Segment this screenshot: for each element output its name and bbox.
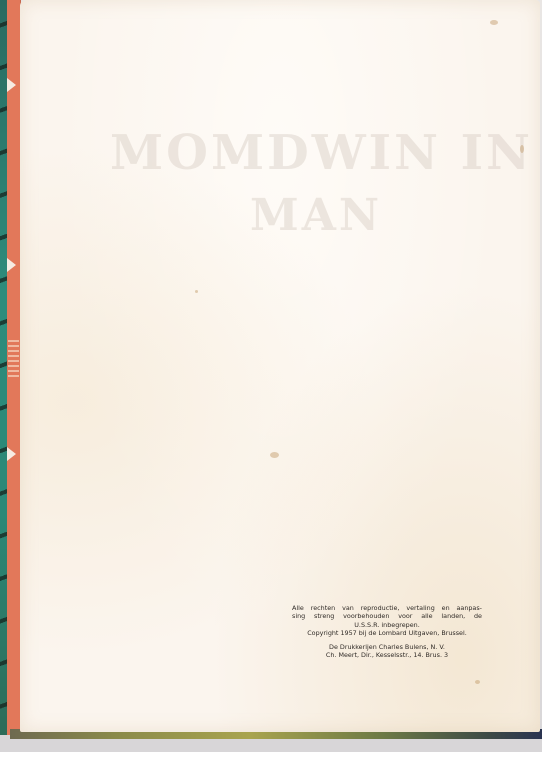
stain [270, 452, 279, 458]
rights-line: Alle rechten van reproductie, vertaling … [292, 604, 482, 612]
show-through-subtitle: MAN [250, 190, 382, 241]
spine-triangle-icon [7, 258, 16, 272]
show-through-title: MOMDWIN IN [110, 125, 533, 181]
book-page: MOMDWIN IN MAN Alle rechten van reproduc… [20, 0, 540, 732]
stain [520, 145, 524, 153]
copyright-line: Copyright 1957 bij de Lombard Uitgaven, … [292, 629, 482, 637]
colophon: Alle rechten van reproductie, vertaling … [292, 604, 482, 659]
rights-line: U.S.S.R. inbegrepen. [292, 621, 482, 629]
spine-triangle-icon [7, 447, 16, 461]
stain [195, 290, 198, 293]
stain [490, 20, 498, 25]
stain [475, 680, 480, 684]
spine-triangle-icon [7, 78, 16, 92]
spine-emblem [8, 340, 19, 380]
rights-line: sing streng voorbehouden voor alle lande… [292, 612, 482, 620]
printer-line: De Drukkerijen Charles Bulens, N. V. [292, 643, 482, 651]
printer-line: Ch. Meert, Dir., Kesselsstr., 14. Brus. … [292, 651, 482, 659]
